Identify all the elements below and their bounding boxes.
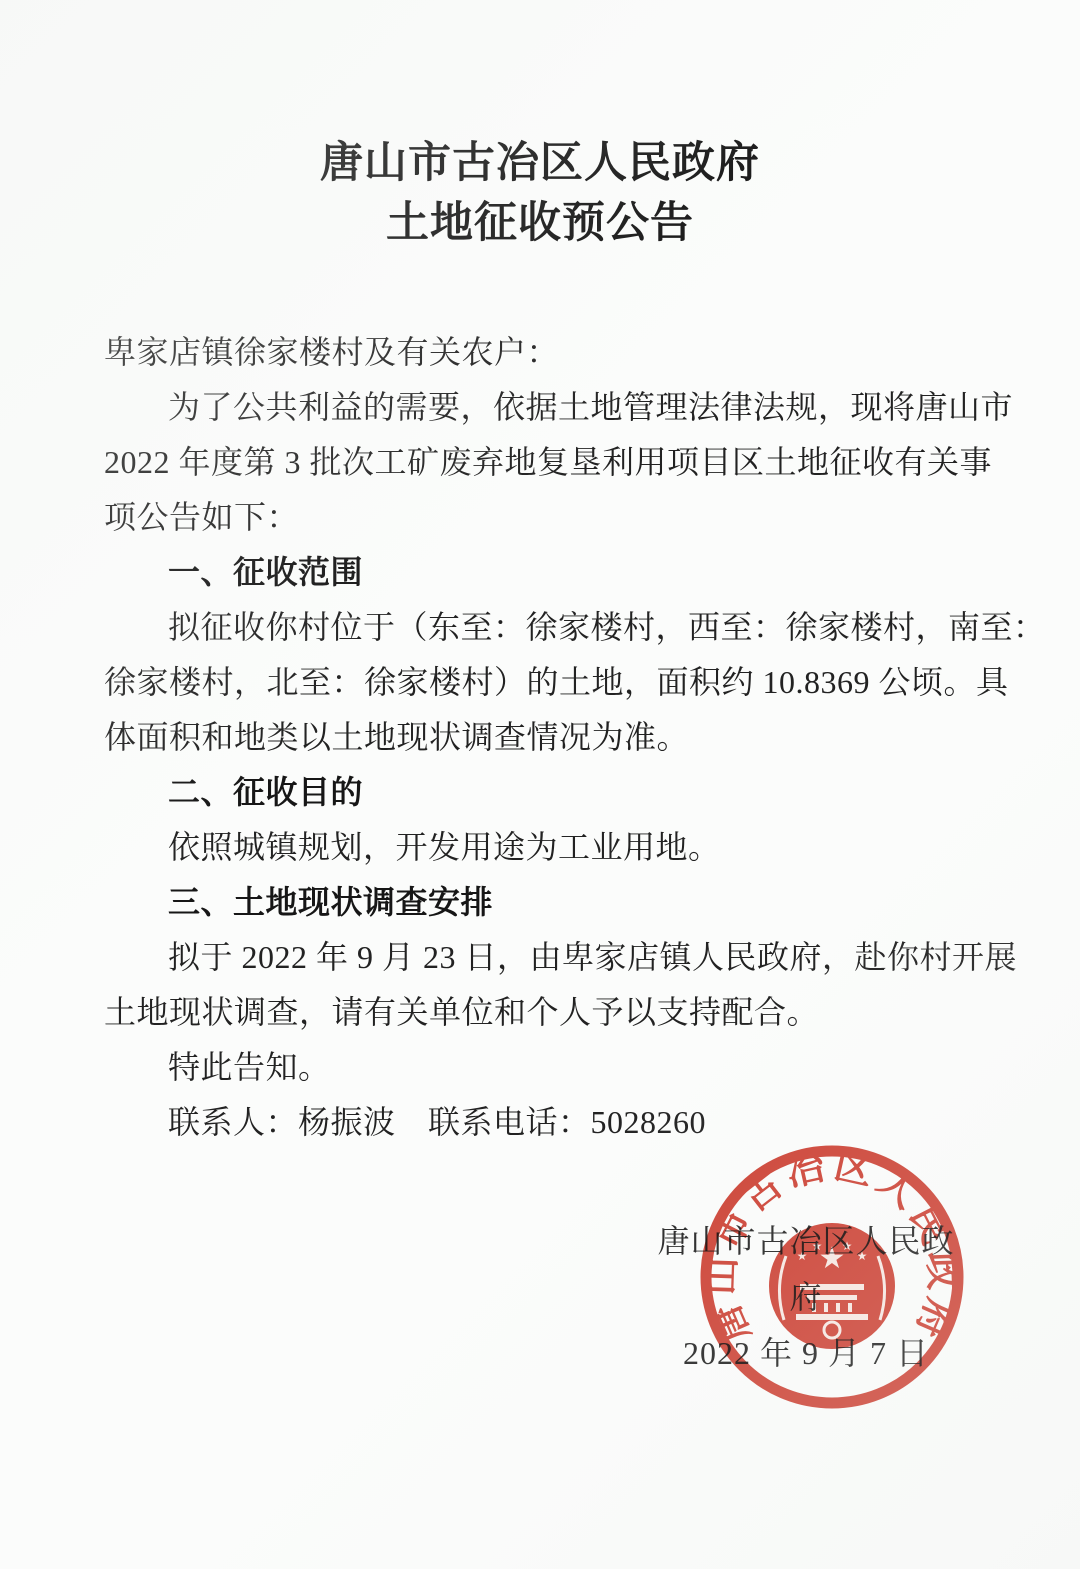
document-body: 卑家店镇徐家楼村及有关农户： 为了公共利益的需要，依据土地管理法律法规，现将唐山… xyxy=(104,325,980,1150)
body-line: 徐家楼村，北至：徐家楼村）的土地，面积约 10.8369 公顷。具 xyxy=(104,655,980,710)
body-line: 为了公共利益的需要，依据土地管理法律法规，现将唐山市 xyxy=(104,380,980,435)
official-seal: 唐山市古冶区人民政府 ★ ★ ★ ★ ★ xyxy=(682,1127,982,1427)
salutation-line: 卑家店镇徐家楼村及有关农户： xyxy=(104,325,980,380)
section-heading: 三、土地现状调查安排 xyxy=(104,875,980,930)
national-emblem-icon: ★ ★ ★ ★ ★ xyxy=(771,1225,893,1347)
title-line-subject: 土地征收预公告 xyxy=(0,194,1080,254)
body-line: 拟于 2022 年 9 月 23 日，由卑家店镇人民政府，赴你村开展 xyxy=(104,930,980,985)
body-line: 体面积和地类以土地现状调查情况为准。 xyxy=(104,710,980,765)
section-heading: 二、征收目的 xyxy=(104,765,980,820)
svg-text:★: ★ xyxy=(812,1239,823,1253)
official-seal-graphic: 唐山市古冶区人民政府 ★ ★ ★ ★ ★ xyxy=(682,1127,982,1427)
section-heading: 一、征收范围 xyxy=(104,545,980,600)
body-line: 依照城镇规划，开发用途为工业用地。 xyxy=(104,820,980,875)
body-line: 2022 年度第 3 批次工矿废弃地复垦利用项目区土地征收有关事 xyxy=(104,435,980,490)
closing-line: 特此告知。 xyxy=(104,1040,980,1095)
svg-text:★: ★ xyxy=(857,1249,868,1263)
body-line: 拟征收你村位于（东至：徐家楼村，西至：徐家楼村，南至： xyxy=(104,600,980,655)
svg-text:★: ★ xyxy=(797,1249,808,1263)
document-page: 唐山市古冶区人民政府 土地征收预公告 卑家店镇徐家楼村及有关农户： 为了公共利益… xyxy=(0,0,1080,1569)
document-title: 唐山市古冶区人民政府 土地征收预公告 xyxy=(0,134,1080,254)
body-line: 土地现状调查，请有关单位和个人予以支持配合。 xyxy=(104,985,980,1040)
body-line: 项公告如下： xyxy=(104,490,980,545)
title-line-issuer: 唐山市古冶区人民政府 xyxy=(0,134,1080,194)
svg-text:★: ★ xyxy=(842,1239,853,1253)
